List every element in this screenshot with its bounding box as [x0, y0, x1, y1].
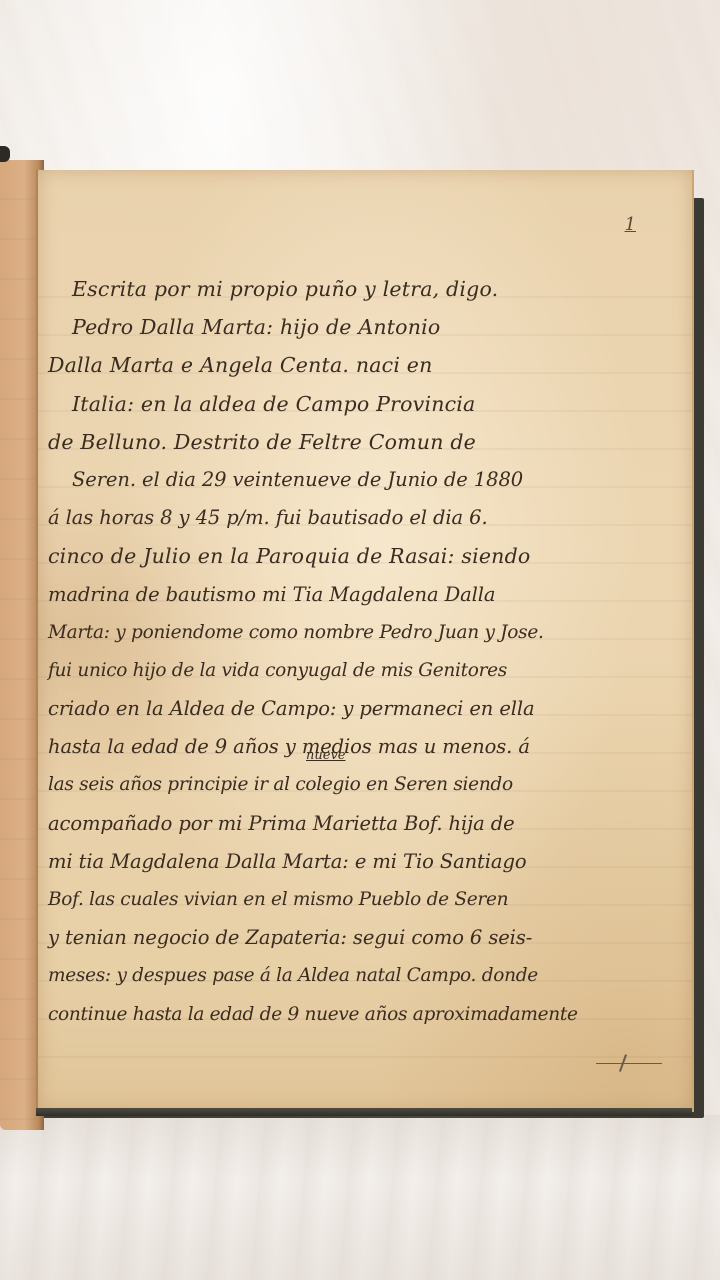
- text-line: y tenian negocio de Zapateria: segui com…: [48, 919, 686, 957]
- text-line: continue hasta la edad de 9 nueve años a…: [48, 996, 686, 1034]
- text-line: de Belluno. Destrito de Feltre Comun de: [48, 423, 686, 461]
- book-cover-bottom-edge: [36, 1108, 692, 1116]
- handwritten-text: Escrita por mi propio puño y letra, digo…: [48, 270, 686, 1034]
- text-line: á las horas 8 y 45 p/m. fui bautisado el…: [48, 499, 686, 537]
- bedsheet-background: [0, 1115, 720, 1280]
- interlinear-note: nueve: [306, 748, 345, 763]
- text-line: Italia: en la aldea de Campo Provincia: [48, 385, 686, 423]
- text-line: hasta la edad de 9 años y medios mas u m…: [48, 728, 686, 766]
- text-line: madrina de bautismo mi Tia Magdalena Dal…: [48, 576, 686, 614]
- binding-clip: [0, 146, 10, 162]
- text-line: Escrita por mi propio puño y letra, digo…: [48, 270, 686, 308]
- text-line: cinco de Julio en la Paroquia de Rasai: …: [48, 537, 686, 575]
- text-line: Pedro Dalla Marta: hijo de Antonio: [48, 308, 686, 346]
- end-flourish-mark: [596, 1063, 662, 1076]
- text-line: Seren. el dia 29 veintenueve de Junio de…: [48, 461, 686, 499]
- text-line: acompañado por mi Prima Marietta Bof. hi…: [48, 805, 686, 843]
- page-number: 1: [625, 214, 636, 235]
- text-line: criado en la Aldea de Campo: y permaneci…: [48, 690, 686, 728]
- text-line: las seis años principie ir al colegio en…: [48, 766, 686, 804]
- manuscript-page: 1 Escrita por mi propio puño y letra, di…: [36, 170, 692, 1112]
- text-line: fui unico hijo de la vida conyugal de mi…: [48, 652, 686, 690]
- text-line: meses: y despues pase á la Aldea natal C…: [48, 957, 686, 995]
- text-line: Marta: y poniendome como nombre Pedro Ju…: [48, 614, 686, 652]
- text-line: Bof. las cuales vivian en el mismo Puebl…: [48, 881, 686, 919]
- text-line: Dalla Marta e Angela Centa. naci en: [48, 346, 686, 384]
- text-line: mi tia Magdalena Dalla Marta: e mi Tio S…: [48, 843, 686, 881]
